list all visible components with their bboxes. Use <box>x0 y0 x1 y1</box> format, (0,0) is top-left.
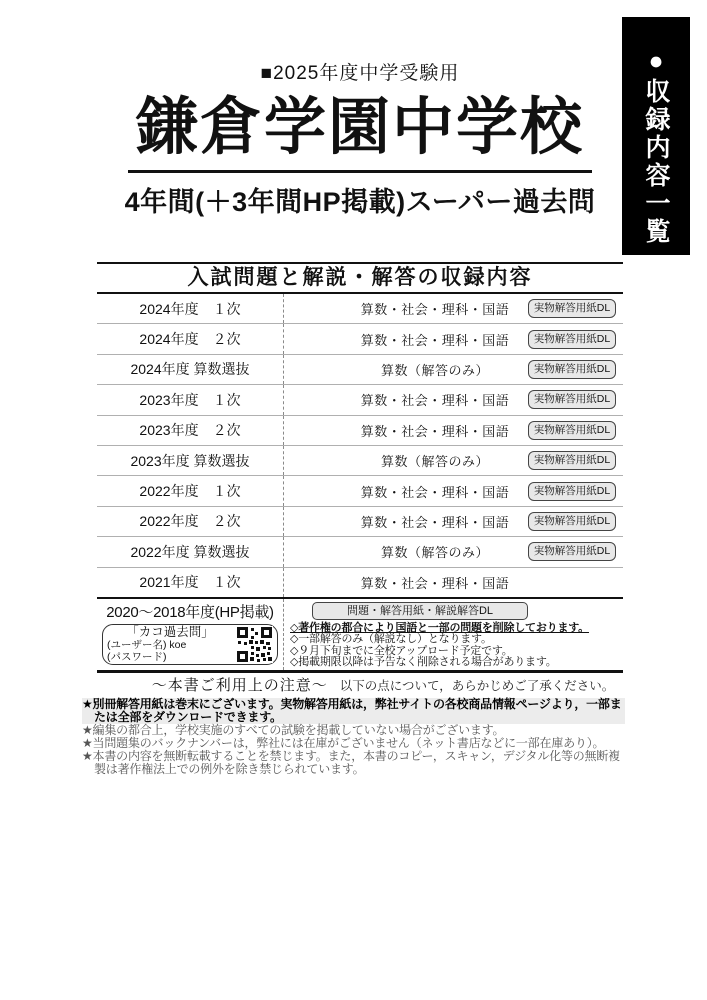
hp-right-cell: 問題・解答用紙・解説解答DL ◇著作権の都合により国語と一部の問題を削除しており… <box>283 599 623 670</box>
table-row: 2024年度 ２次 算数・社会・理科・国語 実物解答用紙DL <box>97 324 623 354</box>
subjects-label: 算数・社会・理科・国語 <box>284 482 528 501</box>
answer-sheet-dl-badge: 実物解答用紙DL <box>528 421 616 440</box>
table-rows: 2024年度 １次 算数・社会・理科・国語 実物解答用紙DL 2024年度 ２次… <box>97 294 623 599</box>
hp-section: 2020～2018年度(HP掲載) 「カコ過去問」 (ユーザー名) koe (パ… <box>97 599 623 670</box>
series-subtitle: 4年間(＋3年間HP掲載)スーパー過去問 <box>60 180 660 219</box>
exam-label: 2023年度 １次 <box>97 385 283 414</box>
table-row: 2022年度 ２次 算数・社会・理科・国語 実物解答用紙DL <box>97 507 623 537</box>
answer-sheet-dl-badge: 実物解答用紙DL <box>528 542 616 561</box>
hp-left-cell: 2020～2018年度(HP掲載) 「カコ過去問」 (ユーザー名) koe (パ… <box>97 599 283 670</box>
hp-note: ◇一部解答のみ（解説なし）となります。 <box>290 634 619 645</box>
cover-header: ■2025年度中学受験用 鎌倉学園中学校 4年間(＋3年間HP掲載)スーパー過去… <box>60 58 660 219</box>
exam-label: 2021年度 １次 <box>97 568 283 597</box>
exam-label: 2022年度 １次 <box>97 476 283 505</box>
edition-label: ■2025年度中学受験用 <box>60 58 660 85</box>
answer-sheet-dl-badge: 実物解答用紙DL <box>528 330 616 349</box>
hp-download-badge: 問題・解答用紙・解説解答DL <box>312 602 528 620</box>
row-right-cell: 算数（解答のみ） 実物解答用紙DL <box>283 355 623 384</box>
answer-sheet-dl-badge: 実物解答用紙DL <box>528 482 616 501</box>
hp-notes: ◇著作権の都合により国語と一部の問題を削除しております。◇一部解答のみ（解説なし… <box>290 623 619 668</box>
table-row: 2022年度 １次 算数・社会・理科・国語 実物解答用紙DL <box>97 476 623 506</box>
answer-sheet-dl-badge: 実物解答用紙DL <box>528 299 616 318</box>
row-right-cell: 算数（解答のみ） 実物解答用紙DL <box>283 446 623 475</box>
kako-kakomon-box: 「カコ過去問」 (ユーザー名) koe (パスワード) <box>102 624 278 665</box>
kako-site-name: 「カコ過去問」 <box>107 625 233 639</box>
subjects-label: 算数・社会・理科・国語 <box>284 330 528 349</box>
row-right-cell: 算数・社会・理科・国語 実物解答用紙DL <box>283 568 623 597</box>
subjects-label: 算数（解答のみ） <box>284 542 528 561</box>
table-row: 2023年度 ２次 算数・社会・理科・国語 実物解答用紙DL <box>97 416 623 446</box>
usage-notice: ～本書ご利用上の注意～以下の点について，あらかじめご了承ください。 <box>100 674 666 695</box>
row-right-cell: 算数・社会・理科・国語 実物解答用紙DL <box>283 294 623 323</box>
footnotes: ★別冊解答用紙は巻末にございます。実物解答用紙は，弊社サイトの各校商品情報ページ… <box>82 698 625 776</box>
answer-sheet-dl-badge: 実物解答用紙DL <box>528 360 616 379</box>
subjects-label: 算数（解答のみ） <box>284 451 528 470</box>
footnote-item: ★別冊解答用紙は巻末にございます。実物解答用紙は，弊社サイトの各校商品情報ページ… <box>82 698 625 724</box>
school-name-title: 鎌倉学園中学校 <box>60 91 660 164</box>
row-right-cell: 算数（解答のみ） 実物解答用紙DL <box>283 537 623 566</box>
usage-notice-title: ～本書ご利用上の注意～ <box>152 677 328 694</box>
table-row: 2024年度 算数選抜 算数（解答のみ） 実物解答用紙DL <box>97 355 623 385</box>
table-row: 2023年度 １次 算数・社会・理科・国語 実物解答用紙DL <box>97 385 623 415</box>
table-row: 2022年度 算数選抜 算数（解答のみ） 実物解答用紙DL <box>97 537 623 567</box>
footnote-item: ★本書の内容を無断転載することを禁じます。また，本書のコピー，スキャン，デジタル… <box>82 750 625 776</box>
row-right-cell: 算数・社会・理科・国語 実物解答用紙DL <box>283 476 623 505</box>
answer-sheet-dl-badge: 実物解答用紙DL <box>528 390 616 409</box>
answer-sheet-dl-badge: 実物解答用紙DL <box>528 512 616 531</box>
exam-label: 2023年度 算数選抜 <box>97 446 283 475</box>
title-divider <box>128 170 592 173</box>
subjects-label: 算数・社会・理科・国語 <box>284 390 528 409</box>
subjects-label: 算数・社会・理科・国語 <box>284 512 528 531</box>
subjects-label: 算数・社会・理科・国語 <box>284 573 528 592</box>
table-row: 2021年度 １次 算数・社会・理科・国語 実物解答用紙DL <box>97 568 623 599</box>
row-right-cell: 算数・社会・理科・国語 実物解答用紙DL <box>283 385 623 414</box>
hp-years-label: 2020～2018年度(HP掲載) <box>97 601 283 622</box>
row-right-cell: 算数・社会・理科・国語 実物解答用紙DL <box>283 507 623 536</box>
kako-password: (パスワード) <box>107 651 233 663</box>
book-cover: ●収録内容一覧 ■2025年度中学受験用 鎌倉学園中学校 4年間(＋3年間HP掲… <box>0 0 707 1000</box>
row-right-cell: 算数・社会・理科・国語 実物解答用紙DL <box>283 416 623 445</box>
exam-label: 2024年度 １次 <box>97 294 283 323</box>
exam-label: 2022年度 算数選抜 <box>97 537 283 566</box>
kako-username: (ユーザー名) koe <box>107 639 233 651</box>
subjects-label: 算数・社会・理科・国語 <box>284 299 528 318</box>
exam-label: 2024年度 算数選抜 <box>97 355 283 384</box>
subjects-label: 算数（解答のみ） <box>284 360 528 379</box>
contents-table: 入試問題と解説・解答の収録内容 2024年度 １次 算数・社会・理科・国語 実物… <box>97 262 623 673</box>
exam-label: 2023年度 ２次 <box>97 416 283 445</box>
exam-label: 2024年度 ２次 <box>97 324 283 353</box>
qr-code-icon <box>236 626 273 663</box>
subjects-label: 算数・社会・理科・国語 <box>284 421 528 440</box>
exam-label: 2022年度 ２次 <box>97 507 283 536</box>
kako-box-text: 「カコ過去問」 (ユーザー名) koe (パスワード) <box>107 625 233 663</box>
row-right-cell: 算数・社会・理科・国語 実物解答用紙DL <box>283 324 623 353</box>
usage-notice-text: 以下の点について，あらかじめご了承ください。 <box>340 679 615 693</box>
table-header: 入試問題と解説・解答の収録内容 <box>97 264 623 294</box>
answer-sheet-dl-badge: 実物解答用紙DL <box>528 451 616 470</box>
table-row: 2024年度 １次 算数・社会・理科・国語 実物解答用紙DL <box>97 294 623 324</box>
table-row: 2023年度 算数選抜 算数（解答のみ） 実物解答用紙DL <box>97 446 623 476</box>
hp-note: ◇掲載期限以降は予告なく削除される場合があります。 <box>290 657 619 668</box>
